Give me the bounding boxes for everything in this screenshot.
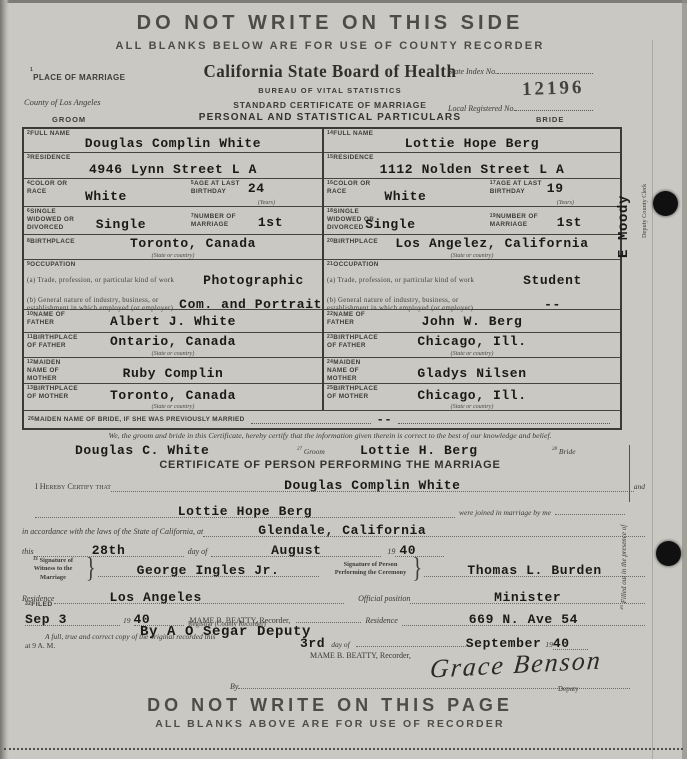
witness-name-value: George Ingles Jr. xyxy=(137,563,280,578)
groom-father-cell: 10NAME OF FATHER Albert J. White xyxy=(24,310,322,333)
date-line: this 28th day of August 19 40 xyxy=(22,541,562,557)
groom-column: 2FULL NAME Douglas Complin White 3RESIDE… xyxy=(24,129,324,410)
bottom-notice-subtitle: ALL BLANKS ABOVE ARE FOR USE OF RECORDER xyxy=(0,718,660,730)
bride-birthplace-cell: 20BIRTHPLACE Los Angelez, California (St… xyxy=(324,235,620,260)
top-notice-title: DO NOT WRITE ON THIS SIDE xyxy=(0,12,660,35)
years-hint: (Years) xyxy=(557,200,574,206)
filed-row: Sep 3 19 40 MAME B. BEATTY, Recorder, Re… xyxy=(25,607,645,626)
performer-bride-name: Lottie Hope Berg xyxy=(178,504,312,519)
state-country-hint: (State or country) xyxy=(24,253,322,259)
groom-father-value: Albert J. White xyxy=(24,314,322,329)
bride-father-birthplace-value: Chicago, Ill. xyxy=(324,334,620,349)
state-country-hint: (State or country) xyxy=(324,404,620,410)
bride-marriage-no-value: 1st xyxy=(557,215,620,230)
groom-full-name-value: Douglas Complin White xyxy=(24,136,322,151)
state-country-hint: (State or country) xyxy=(324,253,620,259)
performer-name-value: Thomas L. Burden xyxy=(467,563,601,578)
bride-color-age-cell: 16COLOR OR RACE White 17AGE AT LAST BIRT… xyxy=(324,179,620,207)
maiden-name-row: 26MAIDEN NAME OF BRIDE, IF SHE WAS PREVI… xyxy=(24,410,620,428)
county-clerk-title: Deputy County Clerk xyxy=(641,178,648,238)
witness-signature-label: 31 Signature of Witness to the Marriage xyxy=(22,557,84,582)
performer-groom-name: Douglas Complin White xyxy=(284,478,460,493)
residence-position-row: Residence Los Angeles Official position … xyxy=(22,588,645,604)
bride-mother-birthplace-value: Chicago, Ill. xyxy=(324,388,620,403)
bride-signature: Lottie H. Berg xyxy=(360,443,478,458)
recorder-name-line-2: MAME B. BEATTY, Recorder, xyxy=(310,651,411,660)
recorder-residence-value: 669 N. Ave 54 xyxy=(469,612,578,627)
day-of-label: day of xyxy=(184,547,212,556)
marriage-month-value: August xyxy=(271,543,321,558)
bride-age-value: 19 xyxy=(547,181,620,196)
groom-father-birthplace-value: Ontario, Canada xyxy=(24,334,322,349)
brace-glyph: } xyxy=(411,553,425,585)
official-position-value: Minister xyxy=(494,590,561,605)
groom-residence-cell: 3RESIDENCE 4946 Lynn Street L A xyxy=(24,153,322,179)
performer-certificate-title: CERTIFICATE OF PERSON PERFORMING THE MAR… xyxy=(0,459,660,471)
groom-mother-cell: 12MAIDEN NAME OF MOTHER Ruby Complin xyxy=(24,358,322,384)
filed-year-prefix: 19 xyxy=(120,616,134,625)
bride-color-value: White xyxy=(324,189,487,204)
groom-residence-value: 4946 Lynn Street L A xyxy=(24,162,322,177)
state-country-hint: (State or country) xyxy=(24,351,322,357)
groom-signature-label: 27 Groom xyxy=(297,447,325,456)
certify-line-bride: Lottie Hope Berg were joined in marriage… xyxy=(35,499,645,518)
bride-mother-value: Gladys Nilsen xyxy=(324,366,620,381)
groom-age-value: 24 xyxy=(248,181,322,196)
state-index-label: State Index No. xyxy=(448,67,497,76)
maiden-name-value: -- xyxy=(377,413,393,427)
groom-single-value: Single xyxy=(54,217,188,232)
bride-father-cell: 22NAME OF FATHER John W. Berg xyxy=(324,310,620,333)
by-label: By xyxy=(230,682,238,691)
deputy-title-label: Deputy xyxy=(558,685,579,693)
certify-line-groom: I Hereby Certify that Douglas Complin Wh… xyxy=(35,476,645,492)
hereby-certify-label: I Hereby Certify that xyxy=(35,482,111,491)
page-right-edge xyxy=(682,0,687,759)
bride-column-label: BRIDE xyxy=(536,115,564,124)
bride-single-value: Single xyxy=(294,217,487,232)
bride-column: 14FULL NAME Lottie Hope Berg 15RESIDENCE… xyxy=(324,129,620,410)
state-index-blank xyxy=(497,64,593,74)
certificate-page: DO NOT WRITE ON THIS SIDE ALL BLANKS BEL… xyxy=(0,0,687,759)
state-index-field: State Index No. xyxy=(448,64,593,76)
bottom-notice-title: DO NOT WRITE ON THIS PAGE xyxy=(0,695,660,716)
bride-full-name-value: Lottie Hope Berg xyxy=(324,136,620,151)
official-position-label: Official position xyxy=(358,594,410,603)
bride-signature-label: 28 Bride xyxy=(552,447,576,456)
bride-residence-cell: 15RESIDENCE 1112 Nolden Street L A xyxy=(324,153,620,179)
state-country-hint: (State or country) xyxy=(324,351,620,357)
performer-signature-label: Signature of Person Performing the Cerem… xyxy=(331,561,411,578)
top-notice-subtitle: ALL BLANKS BELOW ARE FOR USE OF COUNTY R… xyxy=(0,40,660,52)
bride-father-value: John W. Berg xyxy=(324,314,620,329)
hole-punch-icon xyxy=(653,191,678,216)
groom-birthplace-value: Toronto, Canada xyxy=(64,236,322,251)
occupation-a-label: (a) Trade, profession, or particular kin… xyxy=(324,276,485,285)
deputy-stamp: By A O Segar Deputy xyxy=(140,624,311,640)
state-country-hint: (State or country) xyxy=(24,404,322,410)
page-top-edge xyxy=(0,0,687,3)
perforation-line xyxy=(4,748,683,750)
this-label: this xyxy=(22,547,34,556)
brace-glyph: } xyxy=(84,553,98,585)
joined-in-marriage-label: were joined in marriage by me xyxy=(455,508,555,517)
recorder-residence-label: Residence xyxy=(361,616,401,625)
county-clerk-signature: E Moody xyxy=(616,178,632,258)
local-registered-blank xyxy=(515,101,593,111)
copy-day-value: 3rd xyxy=(300,636,325,651)
page-fold-line xyxy=(652,40,653,759)
at-time-label: at 9 A. M. xyxy=(25,641,55,650)
hole-punch-icon xyxy=(656,541,681,566)
and-label: and xyxy=(634,482,645,491)
bride-father-birthplace-cell: 23BIRTHPLACE OF FATHER Chicago, Ill. (St… xyxy=(324,333,620,358)
bride-occupation-a-value: Student xyxy=(485,273,620,288)
groom-father-birthplace-cell: 11BIRTHPLACE OF FATHER Ontario, Canada (… xyxy=(24,333,322,358)
accordance-line: in accordance with the laws of the State… xyxy=(22,521,645,537)
bride-birthplace-value: Los Angelez, California xyxy=(364,236,620,251)
marriage-place-value: Glendale, California xyxy=(258,523,426,538)
bride-mother-cell: 24MAIDEN NAME OF MOTHER Gladys Nilsen xyxy=(324,358,620,384)
year-prefix: 19 xyxy=(381,547,395,556)
occupation-a-label: (a) Trade, profession, or particular kin… xyxy=(24,276,185,285)
groom-mother-birthplace-value: Toronto, Canada xyxy=(24,388,322,403)
bride-residence-value: 1112 Nolden Street L A xyxy=(324,162,620,177)
accordance-label: in accordance with the laws of the State… xyxy=(22,527,203,536)
filed-date-value: Sep 3 xyxy=(25,612,67,627)
groom-color-age-cell: 4COLOR OR RACE White 5AGE AT LAST BIRTHD… xyxy=(24,179,322,207)
years-hint: (Years) xyxy=(258,200,275,206)
statistical-table: 2FULL NAME Douglas Complin White 3RESIDE… xyxy=(22,127,622,430)
mutual-certify-statement: We, the groom and bride in this Certific… xyxy=(0,431,660,440)
groom-mother-value: Ruby Complin xyxy=(24,366,322,381)
copy-day-of-label: day of xyxy=(325,640,356,649)
bride-mother-birthplace-cell: 25BIRTHPLACE OF MOTHER Chicago, Ill. (St… xyxy=(324,384,620,410)
groom-occupation-cell: 9OCCUPATION (a) Trade, profession, or pa… xyxy=(24,260,322,310)
presence-label: 30 Filled out in the presence of xyxy=(620,500,628,610)
registered-number-stamp: 12196 xyxy=(522,77,585,101)
bride-full-name-cell: 14FULL NAME Lottie Hope Berg xyxy=(324,129,620,153)
groom-occupation-a-value: Photographic xyxy=(185,273,322,288)
groom-marital-cell: 6SINGLE WIDOWED OR DIVORCED Single 7NUMB… xyxy=(24,207,322,235)
bride-marital-cell: 18SINGLE WIDOWED OR DIVORCED Single 19NU… xyxy=(324,207,620,235)
groom-full-name-cell: 2FULL NAME Douglas Complin White xyxy=(24,129,322,153)
groom-color-value: White xyxy=(24,189,188,204)
signatures-row: 31 Signature of Witness to the Marriage … xyxy=(22,557,645,582)
groom-mother-birthplace-cell: 13BIRTHPLACE OF MOTHER Toronto, Canada (… xyxy=(24,384,322,410)
bride-occupation-cell: 21OCCUPATION (a) Trade, profession, or p… xyxy=(324,260,620,310)
groom-signature: Douglas C. White xyxy=(75,443,209,458)
presence-blank-line xyxy=(629,445,630,502)
witness-residence-value: Los Angeles xyxy=(109,590,201,605)
groom-birthplace-cell: 8BIRTHPLACE Toronto, Canada (State or co… xyxy=(24,235,322,260)
